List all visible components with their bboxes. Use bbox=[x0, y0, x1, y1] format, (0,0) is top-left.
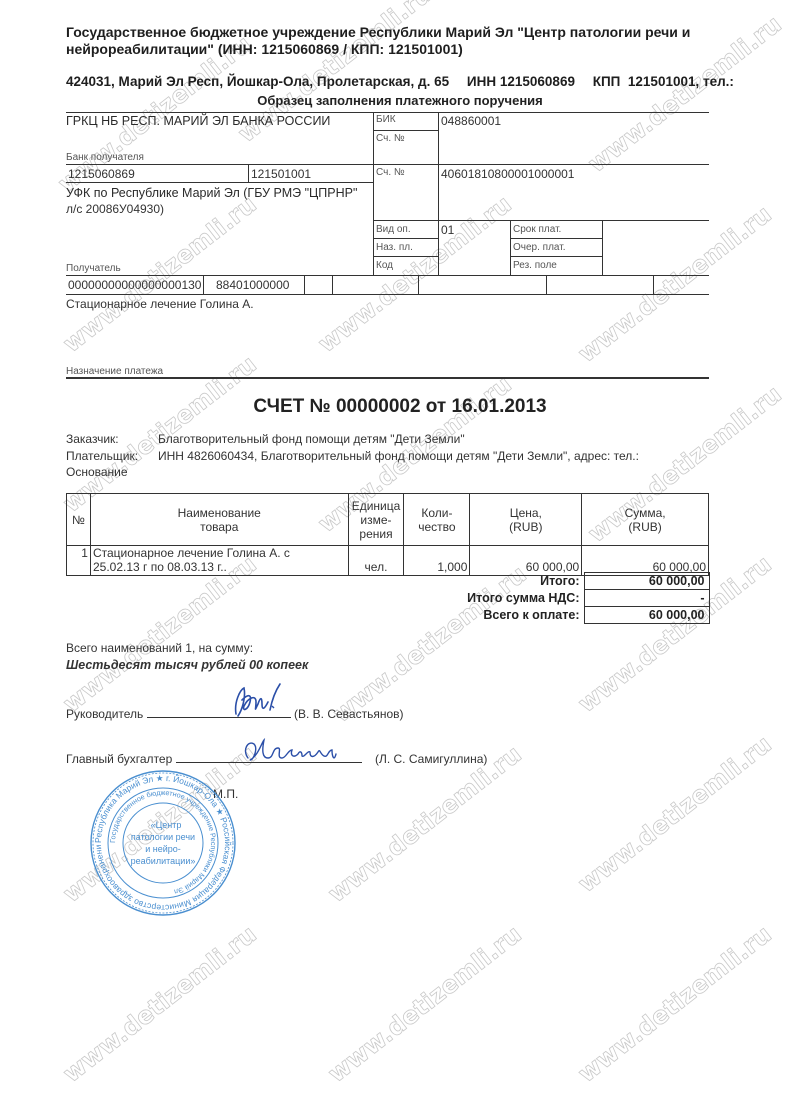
vat-value: - bbox=[584, 590, 709, 607]
kpp-label: КПП bbox=[593, 74, 621, 89]
account-label: Сч. № bbox=[376, 167, 405, 178]
watermark: www.detizemli.ru bbox=[323, 920, 527, 1088]
divider bbox=[373, 238, 438, 239]
purpose-label: Назначение платежа bbox=[66, 366, 163, 377]
accountant-signature-icon bbox=[240, 736, 350, 766]
divider bbox=[373, 256, 438, 257]
col-sum: Сумма,(RUB) bbox=[582, 494, 709, 546]
payer-value: ИНН 4826060434, Благотворительный фонд п… bbox=[158, 449, 639, 463]
divider bbox=[304, 275, 305, 294]
stamp-center-line: «Центр bbox=[151, 820, 182, 830]
cell-qty: 1,000 bbox=[404, 546, 470, 576]
invoice-title: СЧЕТ № 00000002 от 16.01.2013 bbox=[0, 396, 800, 418]
divider bbox=[66, 182, 373, 183]
account-value: 40601810800001000001 bbox=[441, 167, 574, 181]
recipient-name-line1: УФК по Республике Марий Эл (ГБУ РМЭ "ЦПР… bbox=[66, 186, 357, 200]
divider bbox=[546, 275, 547, 294]
reserve-label: Рез. поле bbox=[513, 260, 557, 271]
bank-name: ГРКЦ НБ РЕСП. МАРИЙ ЭЛ БАНКА РОССИИ bbox=[66, 114, 330, 128]
table-row: 1 Стационарное лечение Голина А. с25.02.… bbox=[67, 546, 709, 576]
recipient-label: Получатель bbox=[66, 263, 121, 274]
total-value: 60 000,00 bbox=[584, 573, 709, 590]
divider bbox=[510, 220, 511, 275]
total-row: Итого: 60 000,00 bbox=[320, 573, 709, 590]
amount-in-words: Шестьдесят тысяч рублей 00 копеек bbox=[66, 658, 308, 672]
due-row: Всего к оплате: 60 000,00 bbox=[320, 607, 709, 624]
inn-label: ИНН bbox=[467, 74, 496, 89]
official-stamp-icon: Республика Марий Эл ★ г. Йошкар-Ола ★ Ро… bbox=[88, 768, 238, 918]
divider bbox=[602, 220, 603, 275]
due-date-label: Срок плат. bbox=[513, 224, 561, 235]
recipient-inn: 1215060869 bbox=[68, 167, 135, 181]
watermark: www.detizemli.ru bbox=[313, 190, 517, 358]
address: 424031, Марий Эл Респ, Йошкар-Ола, Проле… bbox=[66, 74, 449, 89]
inn-value: 1215060869 bbox=[500, 74, 575, 89]
sample-title: Образец заполнения платежного поручения bbox=[0, 93, 800, 108]
divider bbox=[66, 294, 709, 295]
accountant-name: (Л. С. Самигуллина) bbox=[375, 752, 487, 766]
col-name: Наименованиетовара bbox=[90, 494, 348, 546]
kpp-value: 121501001, тел.: bbox=[628, 74, 734, 89]
divider bbox=[66, 275, 709, 276]
col-price: Цена,(RUB) bbox=[470, 494, 582, 546]
stamp-center-line: патологии речи bbox=[131, 832, 195, 842]
divider bbox=[510, 256, 602, 257]
due-value: 60 000,00 bbox=[584, 607, 709, 624]
col-unit: Единицаизме-рения bbox=[348, 494, 404, 546]
code-label: Код bbox=[376, 260, 393, 271]
payer-label: Плательщик: bbox=[66, 449, 138, 463]
watermark: www.detizemli.ru bbox=[573, 200, 777, 368]
recipient-kpp: 121501001 bbox=[251, 167, 311, 181]
due-label: Всего к оплате: bbox=[320, 607, 584, 624]
organization-address-line: 424031, Марий Эл Респ, Йошкар-Ола, Проле… bbox=[66, 74, 734, 89]
divider bbox=[332, 275, 333, 294]
director-name: (В. В. Севастьянов) bbox=[294, 707, 404, 721]
director-signature-icon bbox=[222, 680, 292, 720]
watermark: www.detizemli.ru bbox=[58, 920, 262, 1088]
customer-value: Благотворительный фонд помощи детям "Дет… bbox=[158, 432, 465, 446]
col-no: № bbox=[67, 494, 91, 546]
cell-sum: 60 000,00 bbox=[582, 546, 709, 576]
vat-label: Итого сумма НДС: bbox=[320, 590, 584, 607]
divider bbox=[418, 275, 419, 294]
divider bbox=[66, 112, 709, 113]
kbk-value: 00000000000000000130 bbox=[68, 278, 201, 292]
accountant-label: Главный бухгалтер bbox=[66, 752, 172, 766]
organization-name: Государственное бюджетное учреждение Рес… bbox=[66, 24, 706, 58]
divider bbox=[373, 220, 709, 221]
op-type-label: Вид оп. bbox=[376, 224, 411, 235]
bik-label: БИК bbox=[376, 114, 396, 125]
divider bbox=[373, 112, 374, 275]
purpose-text: Стационарное лечение Голина А. bbox=[66, 297, 254, 311]
table-header-row: № Наименованиетовара Единицаизме-рения К… bbox=[67, 494, 709, 546]
total-label: Итого: bbox=[320, 573, 584, 590]
customer-label: Заказчик: bbox=[66, 432, 119, 446]
bik-value: 048860001 bbox=[441, 114, 501, 128]
corr-account-label: Сч. № bbox=[376, 133, 405, 144]
items-table: № Наименованиетовара Единицаизме-рения К… bbox=[66, 493, 709, 576]
divider bbox=[653, 275, 654, 294]
col-qty: Коли-чество bbox=[404, 494, 470, 546]
divider bbox=[66, 377, 709, 379]
recipient-name-line2: л/с 20086У04930) bbox=[66, 202, 164, 216]
divider bbox=[66, 164, 709, 165]
cell-name: Стационарное лечение Голина А. с25.02.13… bbox=[90, 546, 348, 576]
priority-label: Очер. плат. bbox=[513, 242, 566, 253]
watermark: www.detizemli.ru bbox=[573, 920, 777, 1088]
vat-row: Итого сумма НДС: - bbox=[320, 590, 709, 607]
stamp-center-line: реабилитации» bbox=[131, 856, 196, 866]
divider bbox=[438, 112, 439, 275]
purpose-code-label: Наз. пл. bbox=[376, 242, 413, 253]
divider bbox=[203, 275, 204, 294]
op-type-value: 01 bbox=[441, 223, 454, 237]
director-label: Руководитель bbox=[66, 707, 143, 721]
svg-text:Государственное бюджетное учре: Государственное бюджетное учреждение Рес… bbox=[108, 788, 218, 897]
watermark: www.detizemli.ru bbox=[573, 730, 777, 898]
stamp-inner-ring-text: Государственное бюджетное учреждение Рес… bbox=[108, 788, 218, 897]
divider bbox=[510, 238, 602, 239]
bank-label: Банк получателя bbox=[66, 152, 144, 163]
cell-price: 60 000,00 bbox=[470, 546, 582, 576]
basis-label: Основание bbox=[66, 465, 128, 479]
oktmo-value: 88401000000 bbox=[216, 278, 289, 292]
items-summary: Всего наименований 1, на сумму: bbox=[66, 641, 253, 655]
divider bbox=[248, 164, 249, 182]
cell-unit: чел. bbox=[348, 546, 404, 576]
cell-no: 1 bbox=[67, 546, 91, 576]
totals-table: Итого: 60 000,00 Итого сумма НДС: - Всег… bbox=[320, 572, 710, 624]
divider bbox=[373, 130, 438, 131]
stamp-center-line: и нейро- bbox=[145, 844, 181, 854]
